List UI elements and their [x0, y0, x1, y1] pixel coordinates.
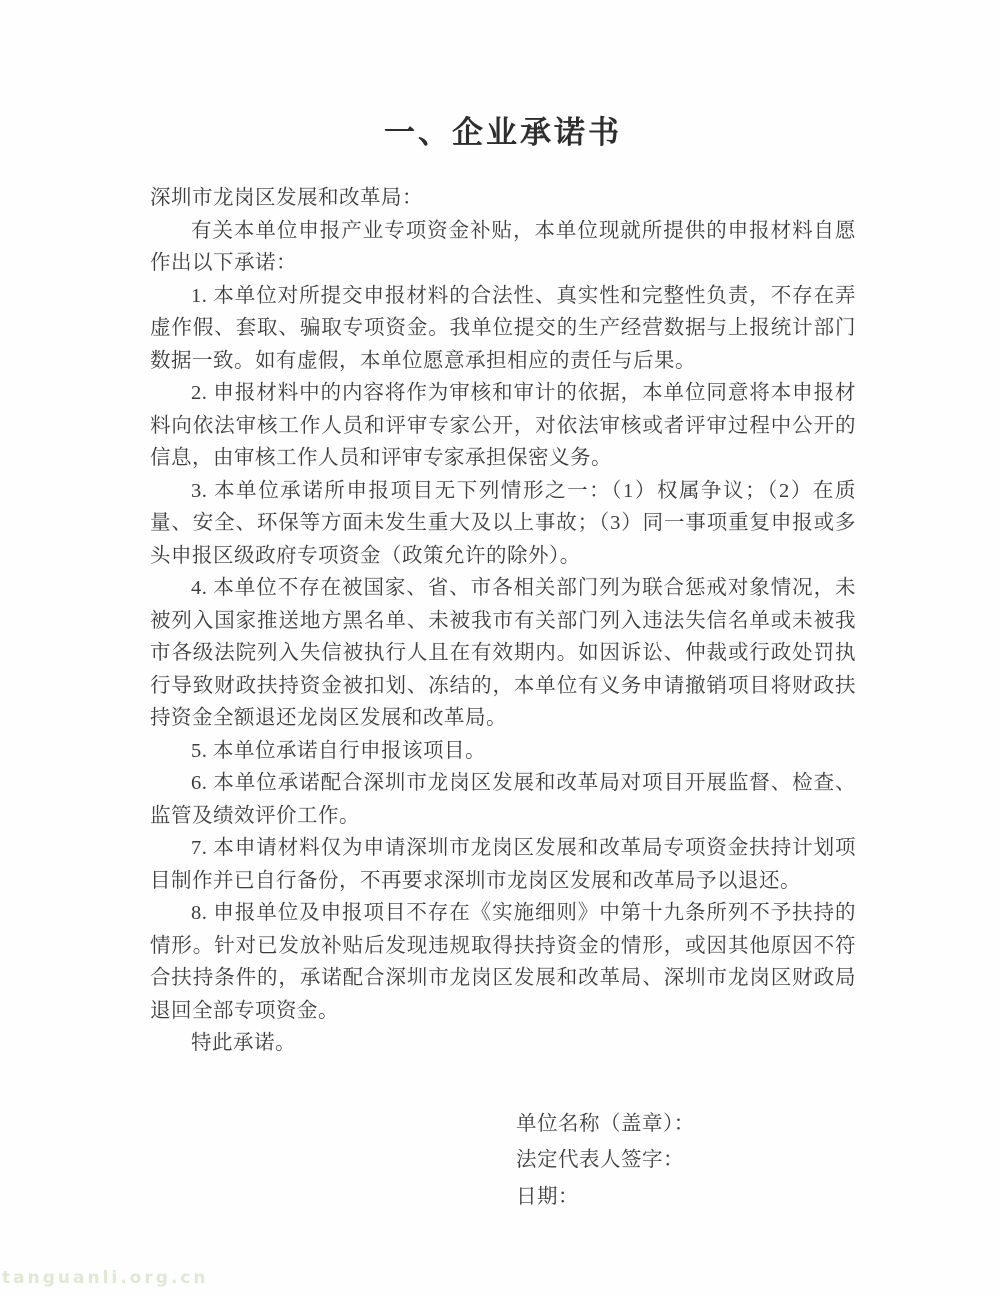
signature-legal-rep-label: 法定代表人签字： [516, 1142, 856, 1179]
closing-line: 特此承诺。 [150, 1027, 856, 1060]
commitment-item-8: 8. 申报单位及申报项目不存在《实施细则》中第十九条所列不予扶持的情形。针对已发… [150, 897, 856, 1027]
document-body: 深圳市龙岗区发展和改革局： 有关本单位申报产业专项资金补贴，本单位现就所提供的申… [150, 182, 856, 1060]
commitment-item-1: 1. 本单位对所提交申报材料的合法性、真实性和完整性负责，不存在弄虚作假、套取、… [150, 280, 856, 378]
commitment-item-5: 5. 本单位承诺自行申报该项目。 [150, 735, 856, 768]
commitment-item-2: 2. 申报材料中的内容将作为审核和审计的依据，本单位同意将本申报材料向依法审核工… [150, 377, 856, 475]
signature-company-label: 单位名称（盖章）： [516, 1106, 856, 1143]
signature-date-label: 日期： [516, 1179, 856, 1216]
commitment-item-7: 7. 本申请材料仅为申请深圳市龙岗区发展和改革局专项资金扶持计划项目制作并已自行… [150, 832, 856, 897]
site-watermark: tanguanli.org.cn [2, 1268, 209, 1288]
commitment-item-3: 3. 本单位承诺所申报项目无下列情形之一：（1）权属争议；（2）在质量、安全、环… [150, 475, 856, 573]
intro-paragraph: 有关本单位申报产业专项资金补贴，本单位现就所提供的申报材料自愿作出以下承诺： [150, 215, 856, 280]
signature-block: 单位名称（盖章）： 法定代表人签字： 日期： [516, 1106, 856, 1216]
salutation-line: 深圳市龙岗区发展和改革局： [150, 182, 856, 215]
document-content: 一、企业承诺书 深圳市龙岗区发展和改革局： 有关本单位申报产业专项资金补贴，本单… [150, 112, 856, 1215]
commitment-item-4: 4. 本单位不存在被国家、省、市各相关部门列为联合惩戒对象情况，未被列入国家推送… [150, 572, 856, 735]
document-title: 一、企业承诺书 [150, 112, 856, 154]
commitment-item-6: 6. 本单位承诺配合深圳市龙岗区发展和改革局对项目开展监督、检查、监管及绩效评价… [150, 767, 856, 832]
document-page: 一、企业承诺书 深圳市龙岗区发展和改革局： 有关本单位申报产业专项资金补贴，本单… [0, 0, 1000, 1294]
